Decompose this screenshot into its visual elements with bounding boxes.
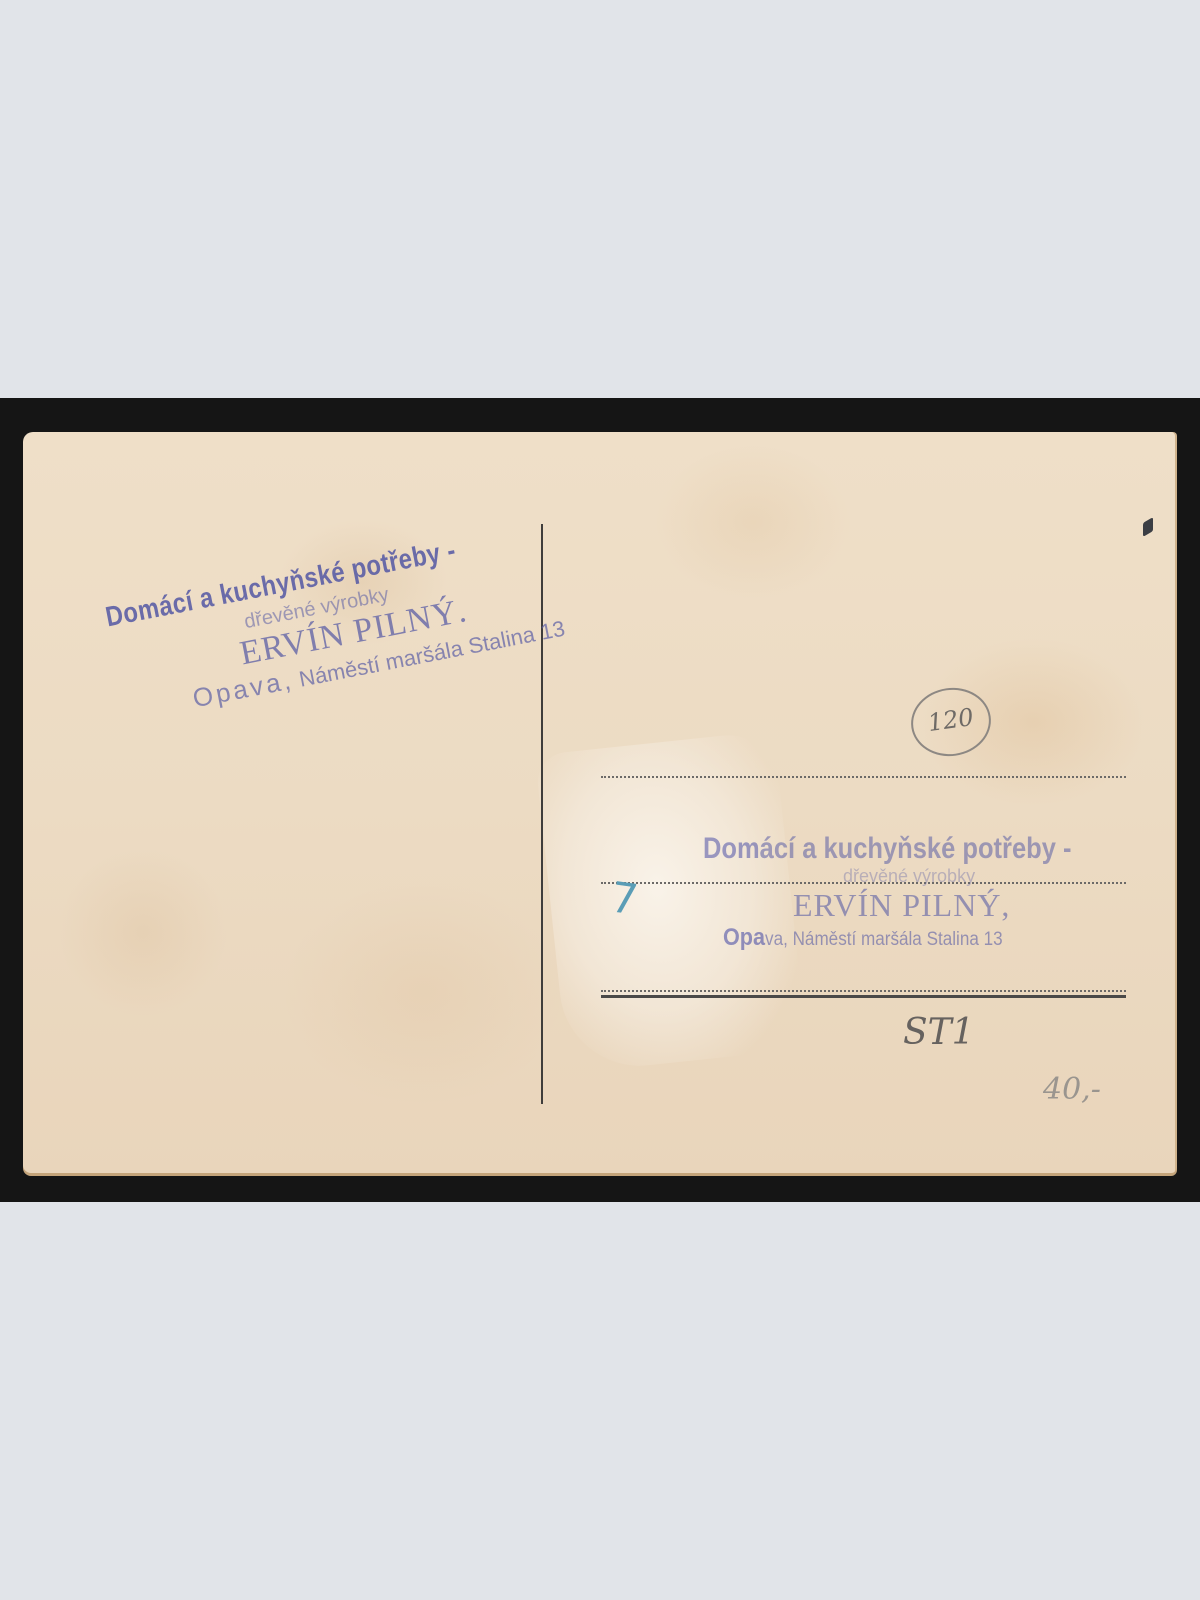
circled-pencil-number: 120 <box>907 683 996 761</box>
address-line-3 <box>601 990 1126 992</box>
stamp-right-line2: dřevěné výrobky <box>843 866 1136 887</box>
pencil-code: ST1 <box>903 1012 975 1053</box>
address-line-1 <box>601 776 1126 778</box>
rubber-stamp-right: Domácí a kuchyňské potřeby - dřevěné výr… <box>703 832 1136 952</box>
stamp-right-line1: Domácí a kuchyňské potřeby - <box>703 832 1071 866</box>
postcard-back: Domácí a kuchyňské potřeby - dřevěné výr… <box>23 432 1177 1176</box>
pencil-price: 40,- <box>1043 1072 1101 1107</box>
stamp-right-address: Opava, Náměstí maršála Stalina 13 <box>723 924 1095 952</box>
stamp-right-name: ERVÍN PILNÝ, <box>793 887 1136 924</box>
address-line-underline <box>601 995 1126 998</box>
edge-damage-mark <box>1143 517 1153 537</box>
rubber-stamp-left: Domácí a kuchyňské potřeby - dřevěné výr… <box>103 516 567 727</box>
